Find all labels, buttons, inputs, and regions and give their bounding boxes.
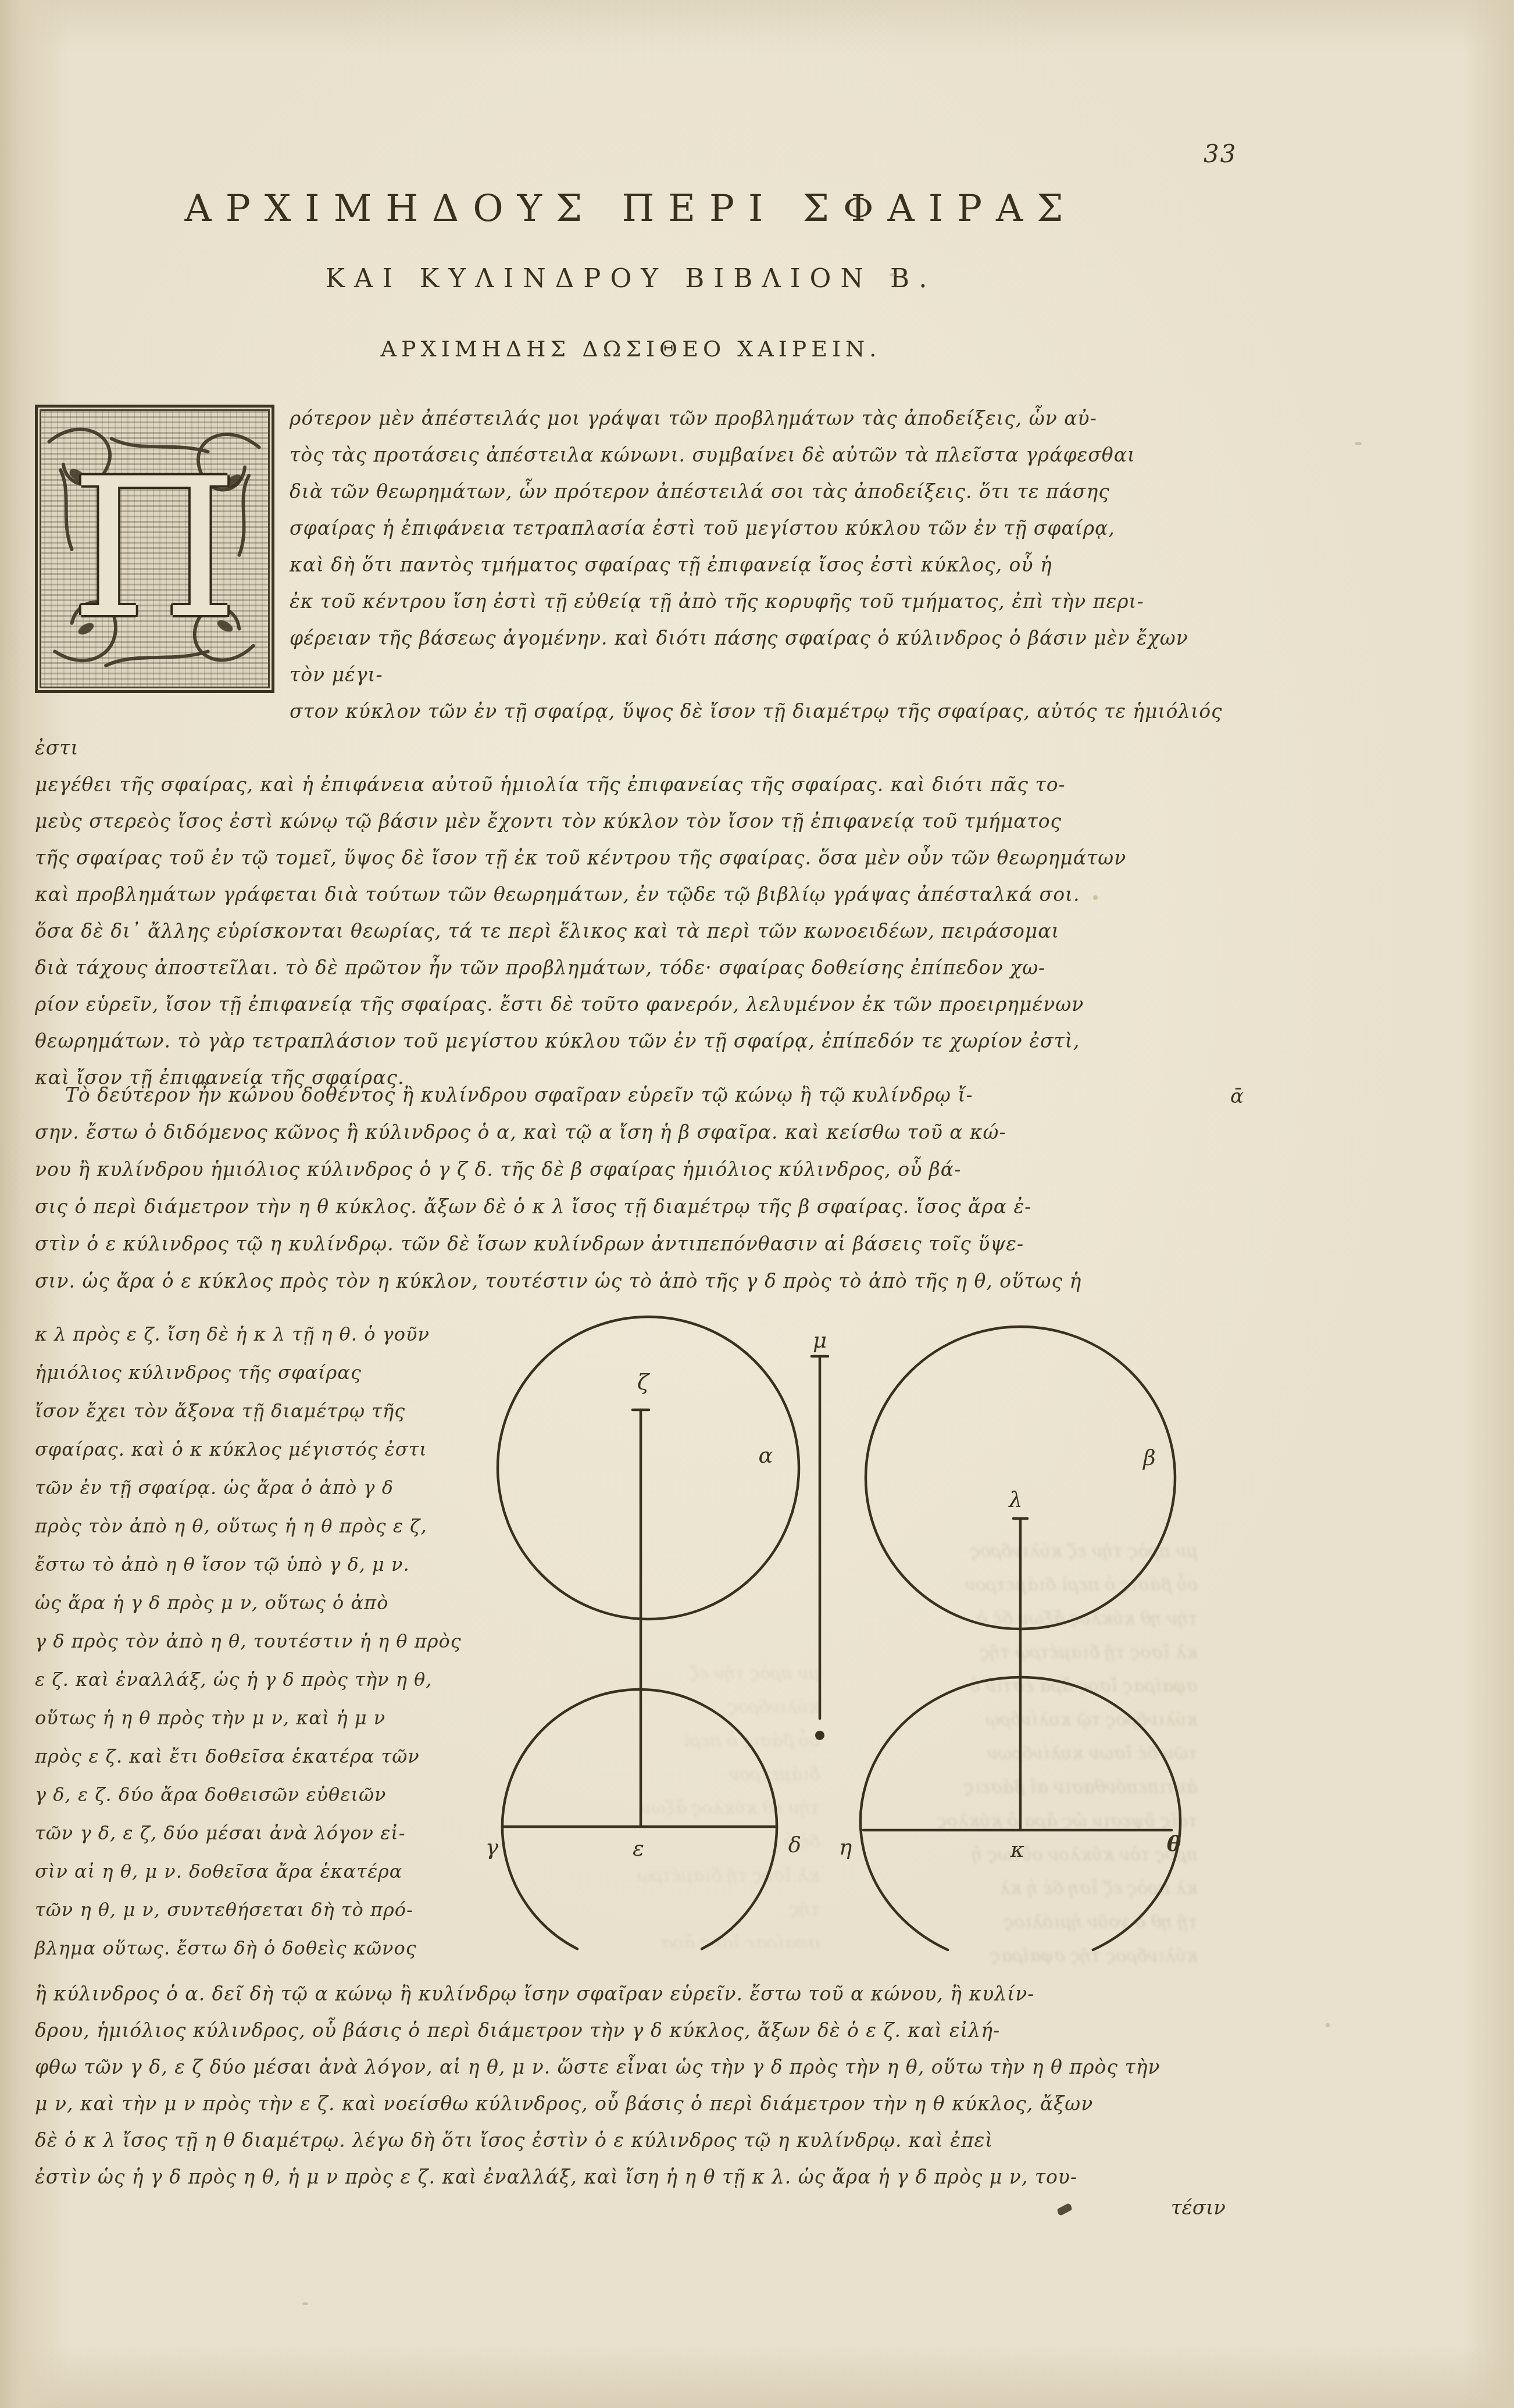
text-line: γ δ πρὸς τὸν ἀπὸ η θ, τουτέστιν ἡ η θ πρ…	[35, 1622, 476, 1660]
text-line: ἢ κύλινδρος ὁ α. δεῖ δὴ τῷ α κώνῳ ἢ κυλί…	[35, 1975, 1231, 2012]
text-column: κ λ πρὸς ε ζ. ἴση δὲ ἡ κ λ τῇ η θ. ὁ γοῦ…	[35, 1315, 476, 1967]
text-line: σις ὁ περὶ διάμετρον τὴν η θ κύκλος. ἄξω…	[35, 1188, 1226, 1226]
label-mu: μ	[813, 1328, 827, 1353]
ink-blot	[1057, 2202, 1072, 2217]
text-line: γ δ, ε ζ. δύο ἄρα δοθεισῶν εὐθειῶν	[35, 1775, 476, 1814]
text-line: πρὸς ε ζ. καὶ ἔτι δοθεῖσα ἑκατέρα τῶν	[35, 1737, 476, 1775]
text-line: σφαίρας. καὶ ὁ κ κύκλος μέγιστός ἐστι	[35, 1430, 476, 1469]
page-title: ΑΡΧΙΜΗΔΟΥΣ ΠΕΡΙ ΣΦΑΙΡΑΣ	[35, 187, 1227, 230]
text-line: ἔστω τὸ ἀπὸ η θ ἴσον τῷ ὑπὸ γ δ, μ ν.	[35, 1545, 476, 1584]
label-zeta: ζ	[637, 1370, 650, 1395]
catchword-line: τέσιν	[35, 2196, 1226, 2220]
paragraph-proposition: Τὸ δεύτερον ἦν κώνου δοθέντος ἢ κυλίνδρο…	[35, 1077, 1226, 1300]
text-line: δὲ ὁ κ λ ἴσος τῇ η θ διαμέτρῳ. λέγω δὴ ὅ…	[35, 2122, 1231, 2159]
text-line: τῶν η θ, μ ν, συντεθήσεται δὴ τὸ πρό-	[35, 1891, 476, 1929]
text-line: τῆς σφαίρας τοῦ ἐν τῷ τομεῖ, ὕψος δὲ ἴσο…	[35, 839, 1226, 876]
text-line: σὶν αἱ η θ, μ ν. δοθεῖσα ἄρα ἑκατέρα	[35, 1852, 476, 1891]
label-theta: θ	[1167, 1831, 1181, 1856]
text-line: μεὺς στερεὸς ἴσος ἐστὶ κώνῳ τῷ βάσιν μὲν…	[35, 803, 1226, 839]
text-line: βλημα οὕτως. ἔστω δὴ ὁ δοθεὶς κῶνος	[35, 1929, 476, 1967]
page-number: 33	[1204, 140, 1237, 168]
text-line: νου ἢ κυλίνδρου ἡμιόλιος κύλινδρος ὁ γ ζ…	[35, 1151, 1226, 1188]
text-line: δρου, ἡμιόλιος κύλινδρος, οὗ βάσις ὁ περ…	[35, 2012, 1231, 2049]
text-line: πρὸς τὸν ἀπὸ η θ, οὕτως ἡ η θ πρὸς ε ζ,	[35, 1507, 476, 1545]
page-subtitle: ΚΑΙ ΚΥΛΙΝΔΡΟΥ ΒΙΒΛΙΟΝ Β.	[35, 263, 1227, 294]
text-line: τῶν ἐν τῇ σφαίρᾳ. ὡς ἄρα ὁ ἀπὸ γ δ	[35, 1469, 476, 1507]
label-eta: η	[839, 1835, 852, 1860]
circle-alpha	[498, 1317, 799, 1619]
text-line: οὕτως ἡ η θ πρὸς τὴν μ ν, καὶ ἡ μ ν	[35, 1699, 476, 1737]
drop-cap-letter: Π	[38, 408, 272, 690]
text-line: ε ζ. καὶ ἐναλλάξ, ὡς ἡ γ δ πρὸς τὴν η θ,	[35, 1660, 476, 1699]
label-gamma: γ	[485, 1835, 499, 1860]
text-line: στον κύκλον τῶν ἐν τῇ σφαίρᾳ, ὕψος δὲ ἴσ…	[35, 693, 1226, 766]
woodcut-initial: Π	[35, 405, 274, 693]
label-delta: δ	[788, 1832, 801, 1857]
catchword: τέσιν	[1171, 2196, 1226, 2220]
text-line: σιν. ὡς ἄρα ὁ ε κύκλος πρὸς τὸν η κύκλον…	[35, 1263, 1226, 1300]
paper-speck	[302, 2302, 308, 2305]
text-line: καὶ προβλημάτων γράφεται διὰ τούτων τῶν …	[35, 876, 1226, 913]
nu-point	[815, 1731, 824, 1740]
label-lambda: λ	[1008, 1487, 1022, 1512]
salutation-heading: ΑΡΧΙΜΗΔΗΣ ΔΩΣΙΘΕΟ ΧΑΙΡΕΙΝ.	[35, 336, 1227, 362]
text-line: στὶν ὁ ε κύλινδρος τῷ η κυλίνδρῳ. τῶν δὲ…	[35, 1226, 1226, 1263]
paper-speck	[1326, 2023, 1330, 2027]
text-line: τῶν γ δ, ε ζ, δύο μέσαι ἀνὰ λόγον εἰ-	[35, 1814, 476, 1852]
label-beta: β	[1142, 1445, 1155, 1470]
label-alpha: α	[759, 1443, 773, 1468]
paragraph-synthesis: ἢ κύλινδρος ὁ α. δεῖ δὴ τῷ α κώνῳ ἢ κυλί…	[35, 1975, 1231, 2195]
paragraph-preface: Π ρότερον μὲν ἀπέστειλάς μοι γράψαι τῶν …	[35, 400, 1226, 1096]
geometry-diagram: ζ α μ λ β γ ε δ η κ θ	[483, 1315, 1227, 1978]
text-line: ὅσα δὲ δι᾽ ἄλλης εὑρίσκονται θεωρίας, τά…	[35, 913, 1226, 949]
text-line: διὰ τάχους ἀποστεῖλαι. τὸ δὲ πρῶτον ἦν τ…	[35, 949, 1226, 986]
text-line: ἴσον ἔχει τὸν ἄξονα τῇ διαμέτρῳ τῆς	[35, 1392, 476, 1430]
text-line: ρίον εὑρεῖν, ἴσον τῇ ἐπιφανείᾳ τῆς σφαίρ…	[35, 986, 1226, 1023]
text-line: θεωρημάτων. τὸ γὰρ τετραπλάσιον τοῦ μεγί…	[35, 1023, 1226, 1059]
paper-speck	[1355, 442, 1362, 445]
text-line: μ ν, καὶ τὴν μ ν πρὸς τὴν ε ζ. καὶ νοείσ…	[35, 2085, 1231, 2122]
text-line: κ λ πρὸς ε ζ. ἴση δὲ ἡ κ λ τῇ η θ. ὁ γοῦ…	[35, 1315, 476, 1353]
text-line: ἡμιόλιος κύλινδρος τῆς σφαίρας	[35, 1353, 476, 1392]
text-line: ἐστὶν ὡς ἡ γ δ πρὸς η θ, ἡ μ ν πρὸς ε ζ.…	[35, 2159, 1231, 2195]
label-kappa: κ	[1010, 1837, 1024, 1862]
text-line: μεγέθει τῆς σφαίρας, καὶ ἡ ἐπιφάνεια αὐτ…	[35, 766, 1226, 803]
text-line: σην. ἔστω ὁ διδόμενος κῶνος ἢ κύλινδρος …	[35, 1114, 1226, 1151]
paper-speck	[1093, 895, 1098, 900]
text-line: ὡς ἄρα ἡ γ δ πρὸς μ ν, οὕτως ὁ ἀπὸ	[35, 1584, 476, 1622]
paper-speck	[890, 273, 895, 276]
label-epsilon: ε	[633, 1836, 644, 1861]
text-line: Τὸ δεύτερον ἦν κώνου δοθέντος ἢ κυλίνδρο…	[35, 1077, 1226, 1114]
margin-note: ᾱ	[1230, 1085, 1244, 1108]
text-line: φθω τῶν γ δ, ε ζ δύο μέσαι ἀνὰ λόγον, αἱ…	[35, 2049, 1231, 2085]
